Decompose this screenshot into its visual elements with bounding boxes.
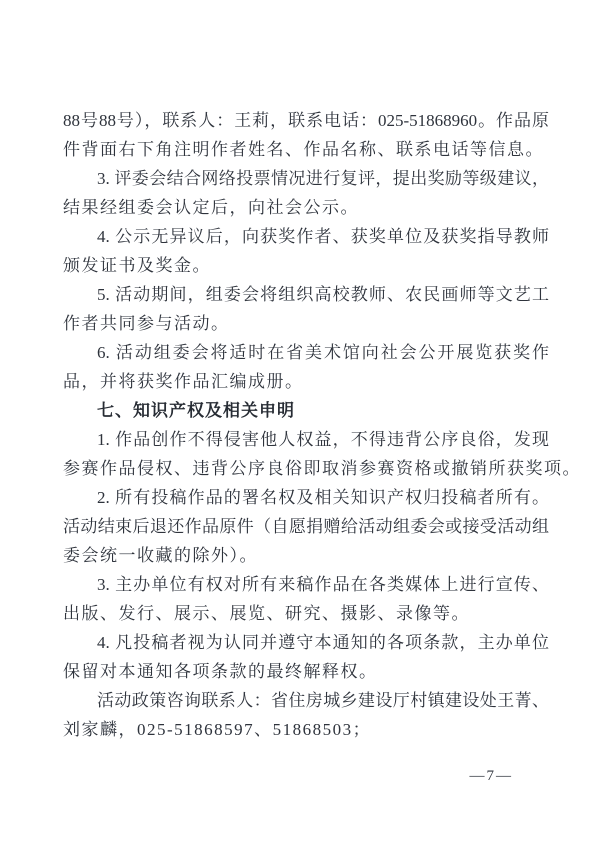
doc-line: 3. 主办单位有权对所有来稿作品在各类媒体上进行宣传、: [63, 570, 549, 599]
doc-line: 1. 作品创作不得侵害他人权益，不得违背公序良俗，发现: [63, 425, 549, 454]
doc-line: 4. 公示无异议后，向获奖作者、获奖单位及获奖指导教师: [63, 222, 549, 251]
doc-line: 88号88号），联系人：王莉，联系电话：025-51868960。作品原: [63, 106, 549, 135]
doc-line: 保留对本通知各项条款的最终解释权。: [63, 657, 549, 686]
doc-line: 活动政策咨询联系人：省住房城乡建设厅村镇建设处王菁、: [63, 686, 549, 715]
doc-line: 件背面右下角注明作者姓名、作品名称、联系电话等信息。: [63, 135, 549, 164]
doc-line: 4. 凡投稿者视为认同并遵守本通知的各项条款，主办单位: [63, 628, 549, 657]
doc-line: 活动结束后退还作品原件（自愿捐赠给活动组委会或接受活动组: [63, 512, 549, 541]
doc-line: 2. 所有投稿作品的署名权及相关知识产权归投稿者所有。: [63, 483, 549, 512]
doc-line: 刘家麟，025-51868597、51868503；: [63, 715, 549, 744]
doc-line: 出版、发行、展示、展览、研究、摄影、录像等。: [63, 599, 549, 628]
body-text: 88号88号），联系人：王莉，联系电话：025-51868960。作品原 件背面…: [63, 106, 549, 744]
doc-line: 5. 活动期间，组委会将组织高校教师、农民画师等文艺工: [63, 280, 549, 309]
doc-line: 6. 活动组委会将适时在省美术馆向社会公开展览获奖作: [63, 338, 549, 367]
section-heading: 七、知识产权及相关申明: [63, 396, 549, 425]
doc-line: 颁发证书及奖金。: [63, 251, 549, 280]
doc-line: 参赛作品侵权、违背公序良俗即取消参赛资格或撤销所获奖项。: [63, 454, 549, 483]
doc-line: 3. 评委会结合网络投票情况进行复评，提出奖励等级建议，: [63, 164, 549, 193]
doc-line: 委会统一收藏的除外）。: [63, 541, 549, 570]
doc-line: 品，并将获奖作品汇编成册。: [63, 367, 549, 396]
doc-line: 结果经组委会认定后，向社会公示。: [63, 193, 549, 222]
doc-line: 作者共同参与活动。: [63, 309, 549, 338]
document-page: 88号88号），联系人：王莉，联系电话：025-51868960。作品原 件背面…: [0, 0, 603, 842]
page-number: —7—: [470, 766, 514, 786]
